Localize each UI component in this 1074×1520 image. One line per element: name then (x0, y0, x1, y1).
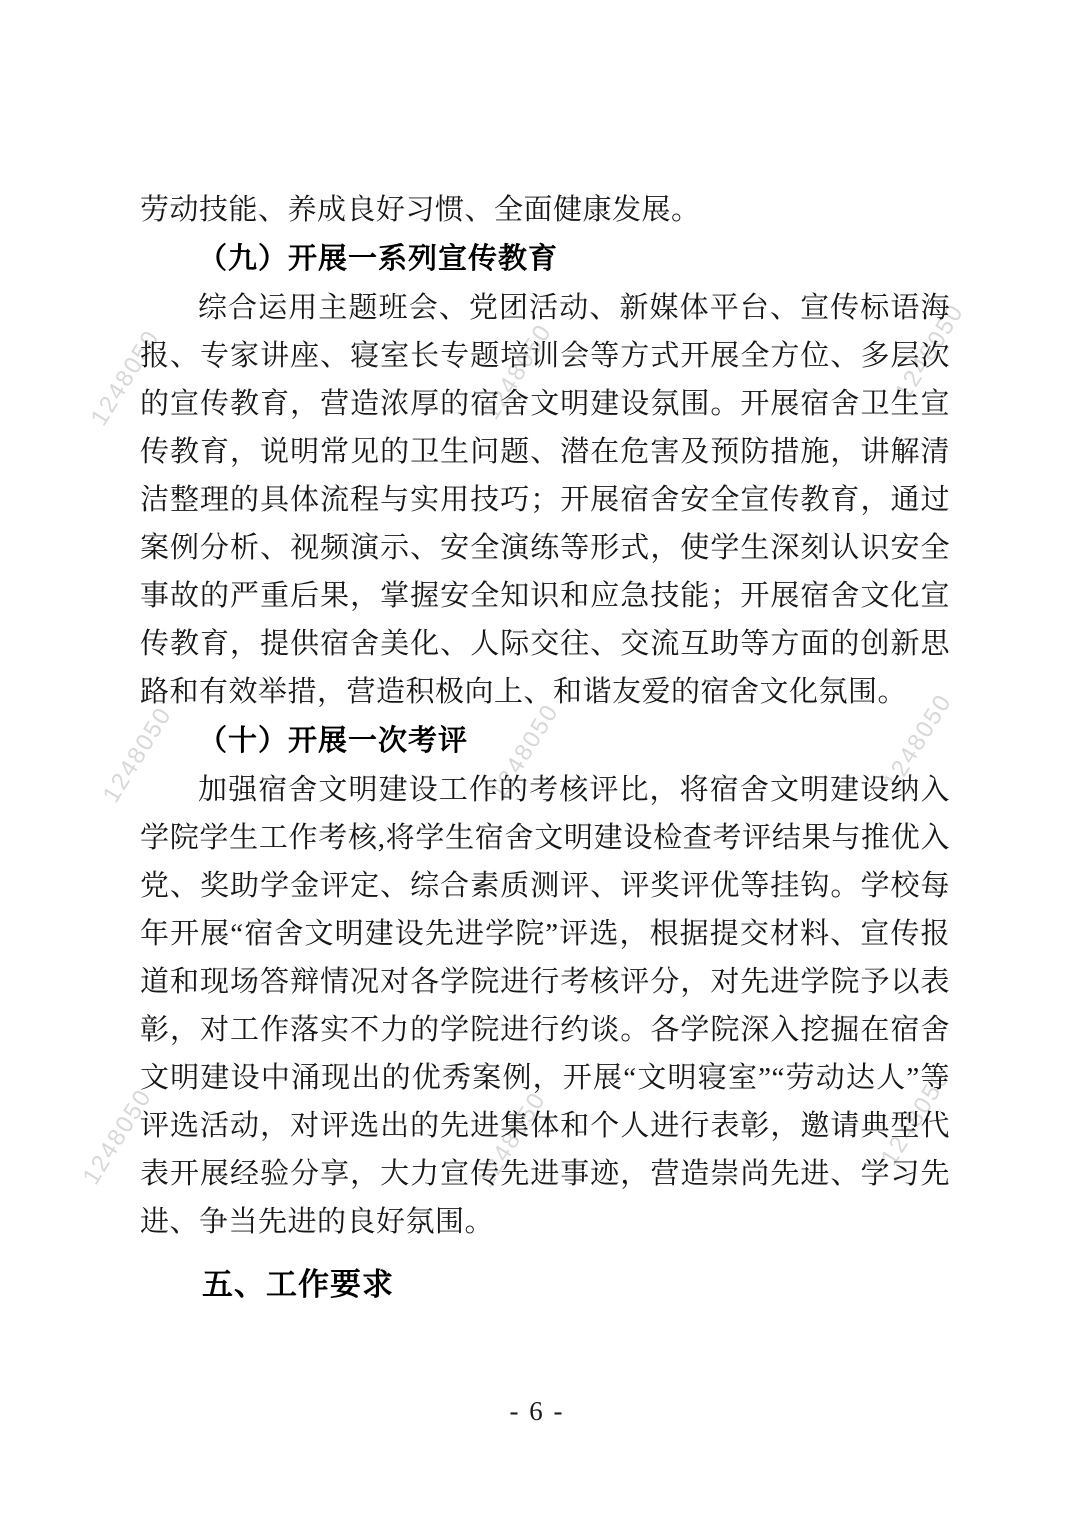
section-ten-paragraph: 加强宿舍文明建设工作的考核评比，将宿舍文明建设纳入学院学生工作考核,将学生宿舍文… (140, 766, 950, 1246)
section-heading-nine: （九）开展一系列宣传教育 (140, 234, 950, 284)
section-nine-paragraph: 综合运用主题班会、党团活动、新媒体平台、宣传标语海报、专家讲座、寝室长专题培训会… (140, 284, 950, 716)
section-heading-ten: （十）开展一次考评 (140, 716, 950, 766)
page-number: - 6 - (0, 1396, 1074, 1427)
paragraph-continuation: 劳动技能、养成良好习惯、全面健康发展。 (140, 186, 950, 234)
document-body: 劳动技能、养成良好习惯、全面健康发展。 （九）开展一系列宣传教育 综合运用主题班… (140, 186, 950, 1308)
chapter-heading-five: 五、工作要求 (140, 1262, 950, 1308)
document-page: 1248050 1248050 1248050 1248050 1248050 … (0, 0, 1074, 1520)
